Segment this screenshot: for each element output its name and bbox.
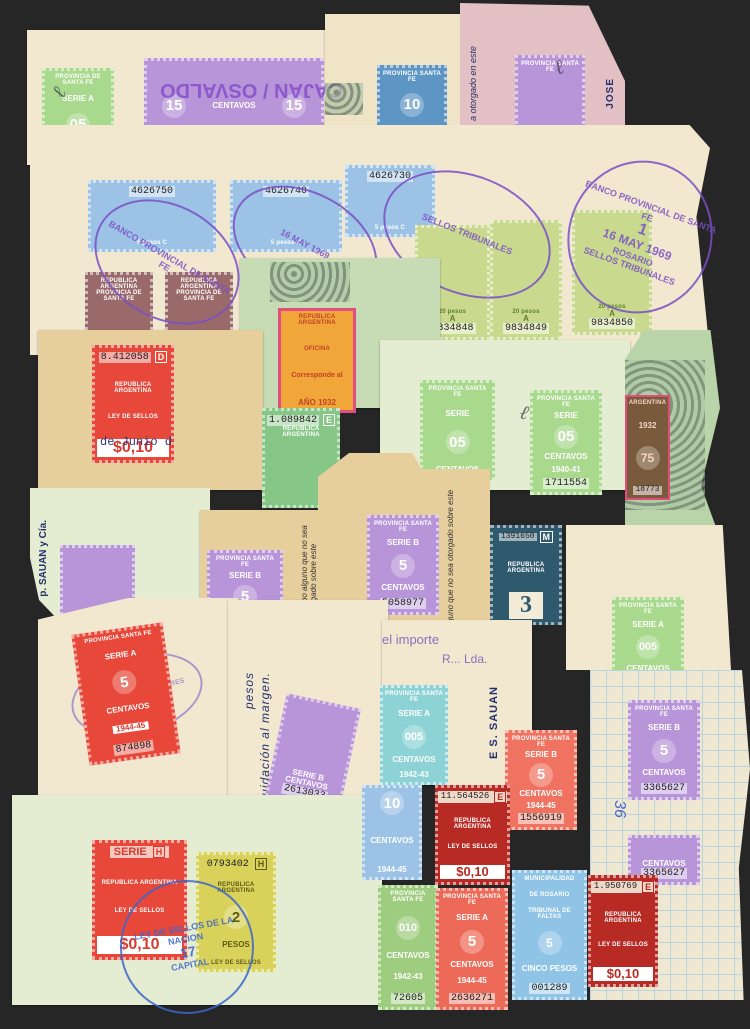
margin-text-pesos: pesos <box>242 672 256 709</box>
stamp-yellow-2pesos-h: 0793402 H REPUBLICA ARGENTINA 2 PESOS LE… <box>196 852 276 972</box>
sauan-vertical-text: E S. SAUAN <box>488 686 500 759</box>
stamp-olive-1932: ARGENTINA 1932 75 18773 <box>625 395 670 500</box>
stamp-teal-3: 1391650 M REPUBLICA ARGENTINA 3 <box>490 525 562 625</box>
typed-date-text: de Junio d <box>100 435 172 449</box>
importe-text: el importe <box>382 632 439 647</box>
stamp-green-010-bottom: PROVINCIA SANTA FE 010 CENTAVOS 1942-43 … <box>378 885 438 1010</box>
importe-lda-text: R... Lda. <box>442 652 487 666</box>
stamp-violet-pair-right-1: PROVINCIA SANTA FE SERIE B 5 CENTAVOS 33… <box>628 700 700 800</box>
sauan-text: p. SAUAN y Cía. <box>38 520 49 597</box>
stamp-red-e-1950769: 1.950769 E REPUBLICA ARGENTINA LEY DE SE… <box>588 875 658 987</box>
stamp-violet-small-top: PROVINCIA SANTA FE <box>515 55 585 130</box>
stamp-lime-20pesos-2: 20 pesos A 9834849 <box>490 220 562 340</box>
ledger-number: 36 <box>610 800 628 818</box>
stamp-green-05-mid-2: PROVINCIA SANTA FE SERIE 05 CENTAVOS 194… <box>530 390 602 495</box>
violet-overprint: CAJAN / OSVALDO <box>160 78 343 101</box>
stamp-municipalidad-rosario: MUNICIPALIDAD DE ROSARIO TRIBUNAL DE FAL… <box>512 870 587 1000</box>
stamp-red-serie-h: SERIE H REPUBLICA ARGENTINA LEY DE SELLO… <box>92 840 187 960</box>
stamp-lime-20pesos-3: 20 pesos A 9834850 <box>572 210 652 335</box>
stamp-cyan-005: PROVINCIA SANTA FE SERIE A 005 CENTAVOS … <box>380 685 448 785</box>
stamp-blue-5pesos-1: 4626750 5 pesos C <box>88 180 216 252</box>
stamp-green-005-right: PROVINCIA SANTA FE SERIE A 005 CENTAVOS <box>612 597 684 679</box>
stamp-red-e-11564526: 11.564526 E REPUBLICA ARGENTINA LEY DE S… <box>435 785 510 885</box>
stamp-red-5-serie-a: PROVINCIA SANTA FE SERIE A 5 CENTAVOS 19… <box>71 622 180 766</box>
stamp-blue-5pesos-2: 4626740 5 pesos C <box>230 180 342 252</box>
stamp-red-5-2636271: PROVINCIA SANTA FE SERIE A 5 CENTAVOS 19… <box>436 888 508 1010</box>
stamp-red-5-serie-b: PROVINCIA SANTA FE SERIE B 5 CENTAVOS 19… <box>505 730 577 830</box>
ornate-fragment-top <box>325 83 363 115</box>
ornate-border-center <box>270 262 350 302</box>
pink-receipt-text: a otorgado en este <box>468 11 478 121</box>
pink-side-text: JOSE <box>605 78 616 109</box>
stamp-orange-1932: REPUBLICA ARGENTINA OFICINA Corresponde … <box>278 308 356 413</box>
stamp-blue-10-bottom: 10 CENTAVOS 1944-45 <box>362 785 422 880</box>
stamp-green-05-mid-1: PROVINCIA SANTA FE SERIE 05 CENTAVOS <box>420 380 495 480</box>
